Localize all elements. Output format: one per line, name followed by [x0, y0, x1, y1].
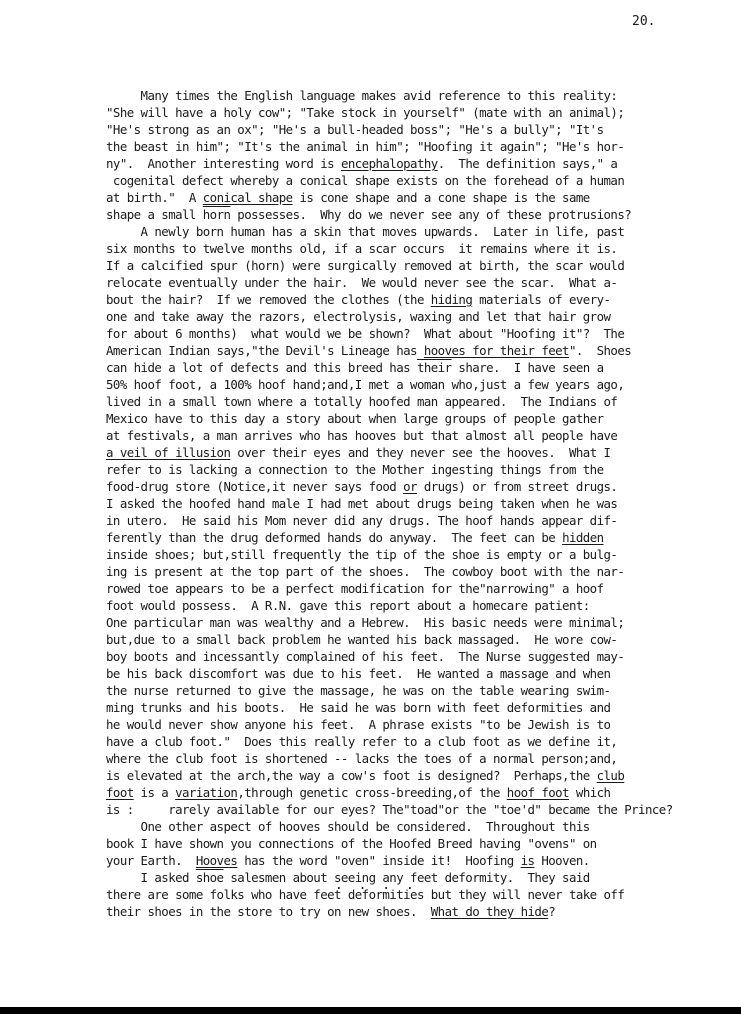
text-line: boy boots and incessantly complained of …	[106, 648, 706, 665]
text-line: book I have shown you connections of the…	[106, 835, 706, 852]
text-segment: food-drug store (Notice,it never says fo…	[106, 479, 403, 494]
text-segment: ming trunks and his boots. He said he wa…	[106, 700, 610, 715]
text-line: foot would possess. A R.N. gave this rep…	[106, 597, 706, 614]
text-line: Many times the English language makes av…	[106, 87, 706, 104]
text-segment: ny". Another interesting word is	[106, 156, 341, 171]
text-line: is elevated at the arch,the way a cow's …	[106, 767, 706, 784]
text-line: at festivals, a man arrives who has hoov…	[106, 427, 706, 444]
text-line: the beast in him"; "It's the animal in h…	[106, 138, 706, 155]
text-segment: ?	[548, 904, 555, 919]
text-segment: Mexico have to this day a story about wh…	[106, 411, 604, 426]
underlined-phrase: hooves for their feet	[424, 343, 569, 358]
text-segment: is : rarely available for our eyes? The"…	[106, 802, 673, 817]
underlined-phrase: or	[403, 479, 417, 494]
text-line: "He's strong as an ox"; "He's a bull-hea…	[106, 121, 706, 138]
text-segment: he would never show anyone his feet. A p…	[106, 717, 610, 732]
text-segment: which	[569, 785, 610, 800]
text-line: in utero. He said his Mom never did any …	[106, 512, 706, 529]
underlined-phrase: a veil of illusion	[106, 445, 230, 460]
body-text: Many times the English language makes av…	[106, 87, 706, 920]
text-line: ing is present at the top part of the sh…	[106, 563, 706, 580]
underlined-phrase: variation	[175, 785, 237, 800]
scan-edge-bar	[0, 1007, 741, 1014]
text-segment: boy boots and incessantly complained of …	[106, 649, 624, 664]
text-segment: I asked	[106, 870, 196, 885]
text-segment: the beast in him"; "It's the animal in h…	[106, 139, 624, 154]
text-line: your Earth. Hooves has the word "oven" i…	[106, 852, 706, 869]
text-segment: is cone shape and a cone shape is the sa…	[293, 190, 590, 205]
text-segment: is elevated at the arch,the way a cow's …	[106, 768, 597, 783]
text-segment: foot would possess. A R.N. gave this rep…	[106, 598, 590, 613]
text-segment: ,through genetic cross-breeding,of the	[237, 785, 506, 800]
text-line: ferently than the drug deformed hands do…	[106, 529, 706, 546]
text-line: ming trunks and his boots. He said he wa…	[106, 699, 706, 716]
text-line: ny". Another interesting word is encepha…	[106, 155, 706, 172]
text-line: can hide a lot of defects and this breed…	[106, 359, 706, 376]
text-segment: your Earth.	[106, 853, 196, 868]
text-segment: . The definition says," a	[438, 156, 618, 171]
text-line: One other aspect of hooves should be con…	[106, 818, 706, 835]
text-segment: lived in a small town where a totally ho…	[106, 394, 617, 409]
underlined-phrase: What do they hide	[431, 904, 548, 919]
text-segment: but,due to a small back problem he wante…	[106, 632, 617, 647]
underlined-phrase: club	[597, 768, 625, 783]
text-segment: "She will have a holy cow"; "Take stock …	[106, 105, 624, 120]
text-segment: is a	[134, 785, 175, 800]
text-line: bout the hair? If we removed the clothes…	[106, 291, 706, 308]
text-segment: ing is present at the top part of the sh…	[106, 564, 624, 579]
text-line: he would never show anyone his feet. A p…	[106, 716, 706, 733]
page-number: 20.	[632, 14, 655, 29]
text-line: cogenital defect whereby a conical shape…	[106, 172, 706, 189]
text-segment: materials of every-	[472, 292, 610, 307]
text-segment: drugs) or from street drugs.	[417, 479, 617, 494]
text-line: rowed toe appears to be a perfect modifi…	[106, 580, 706, 597]
text-line: where the club foot is shortened -- lack…	[106, 750, 706, 767]
text-segment: Hooven.	[534, 853, 589, 868]
text-line: their shoes in the store to try on new s…	[106, 903, 706, 920]
text-line: If a calcified spur (horn) were surgical…	[106, 257, 706, 274]
text-line: for about 6 months) what would we be sho…	[106, 325, 706, 342]
text-segment: in utero. He said his Mom never did any …	[106, 513, 617, 528]
overlined-word: horn	[203, 207, 231, 222]
text-segment: American Indian says,"the Devil's Lineag…	[106, 343, 424, 358]
text-line: foot is a variation,through genetic cros…	[106, 784, 706, 801]
text-segment: rowed toe appears to be a perfect modifi…	[106, 581, 604, 596]
underlined-phrase: hidden	[562, 530, 603, 545]
section-separator: . . . .	[335, 878, 418, 893]
underlined-phrase: foot	[106, 785, 134, 800]
underlined-phrase: Hooves	[196, 853, 237, 868]
text-segment: If a calcified spur (horn) were surgical…	[106, 258, 624, 273]
overlined-word: shoe	[196, 870, 224, 885]
text-line: be his back discomfort was due to his fe…	[106, 665, 706, 682]
text-segment: at festivals, a man arrives who has hoov…	[106, 428, 617, 443]
underlined-phrase: is	[521, 853, 535, 868]
underlined-phrase: encephalopathy	[341, 156, 438, 171]
text-segment: one and take away the razors, electrolys…	[106, 309, 610, 324]
text-line: six months to twelve months old, if a sc…	[106, 240, 706, 257]
text-segment: can hide a lot of defects and this breed…	[106, 360, 417, 375]
text-segment: Many times the English language makes av…	[106, 88, 617, 103]
text-segment: bout the hair? If we removed the clothes…	[106, 292, 431, 307]
text-segment: relocate eventually under the hair. We w…	[106, 275, 617, 290]
text-segment: "He's strong as an ox"; "He's a bull-hea…	[106, 122, 604, 137]
text-segment: share. I have seen a	[452, 360, 604, 375]
text-segment: refer to is lacking a connection to the …	[106, 462, 604, 477]
text-segment: for about 6 months) what would we be sho…	[106, 326, 624, 341]
text-line: relocate eventually under the hair. We w…	[106, 274, 706, 291]
text-line: but,due to a small back problem he wante…	[106, 631, 706, 648]
text-segment: One other aspect of hooves should be con…	[106, 819, 590, 834]
text-segment: the nurse returned to give the massage, …	[106, 683, 610, 698]
text-line: One particular man was wealthy and a Heb…	[106, 614, 706, 631]
text-line: at birth." A conical shape is cone shape…	[106, 189, 706, 206]
text-line: the nurse returned to give the massage, …	[106, 682, 706, 699]
text-segment: cogenital defect whereby a conical shape…	[106, 173, 624, 188]
text-line: a veil of illusion over their eyes and t…	[106, 444, 706, 461]
text-line: shape a small horn possesses. Why do we …	[106, 206, 706, 223]
text-segment: ferently than the drug deformed hands do…	[106, 530, 562, 545]
text-segment: shape a small	[106, 207, 203, 222]
text-segment: be his back discomfort was due to his fe…	[106, 666, 610, 681]
overlined-word: their	[417, 360, 452, 375]
text-line: one and take away the razors, electrolys…	[106, 308, 706, 325]
text-line: food-drug store (Notice,it never says fo…	[106, 478, 706, 495]
underlined-phrase: conical shape	[203, 190, 293, 205]
text-line: refer to is lacking a connection to the …	[106, 461, 706, 478]
text-segment: inside shoes; but,still frequently the t…	[106, 547, 617, 562]
text-segment: I asked the hoofed hand male I had met a…	[106, 496, 617, 511]
text-segment: book I have shown you connections of the…	[106, 836, 597, 851]
text-line: 50% hoof foot, a 100% hoof hand;and,I me…	[106, 376, 706, 393]
text-line: have a club foot." Does this really refe…	[106, 733, 706, 750]
text-segment: over their eyes and they never see the h…	[230, 445, 610, 460]
text-segment: A newly born human has a skin that moves…	[106, 224, 624, 239]
underlined-phrase: hiding	[431, 292, 472, 307]
text-segment: six months to twelve months old, if a sc…	[106, 241, 617, 256]
text-line: inside shoes; but,still frequently the t…	[106, 546, 706, 563]
text-segment: possesses. Why do we never see any of th…	[230, 207, 631, 222]
text-segment: have a club foot." Does this really refe…	[106, 734, 617, 749]
underlined-phrase: hoof foot	[507, 785, 569, 800]
text-segment: One particular man was wealthy and a Heb…	[106, 615, 624, 630]
text-line: "She will have a holy cow"; "Take stock …	[106, 104, 706, 121]
text-line: is : rarely available for our eyes? The"…	[106, 801, 706, 818]
text-segment: at birth." A	[106, 190, 203, 205]
text-segment: has the word "oven" inside it! Hoofing	[237, 853, 520, 868]
text-line: Mexico have to this day a story about wh…	[106, 410, 706, 427]
text-line: American Indian says,"the Devil's Lineag…	[106, 342, 706, 359]
text-line: I asked the hoofed hand male I had met a…	[106, 495, 706, 512]
text-line: lived in a small town where a totally ho…	[106, 393, 706, 410]
text-segment: ". Shoes	[569, 343, 631, 358]
text-line: A newly born human has a skin that moves…	[106, 223, 706, 240]
text-segment: their shoes in the store to try on new s…	[106, 904, 431, 919]
text-segment: where the club foot is shortened -- lack…	[106, 751, 617, 766]
text-segment: 50% hoof foot, a 100% hoof hand;and,I me…	[106, 377, 624, 392]
